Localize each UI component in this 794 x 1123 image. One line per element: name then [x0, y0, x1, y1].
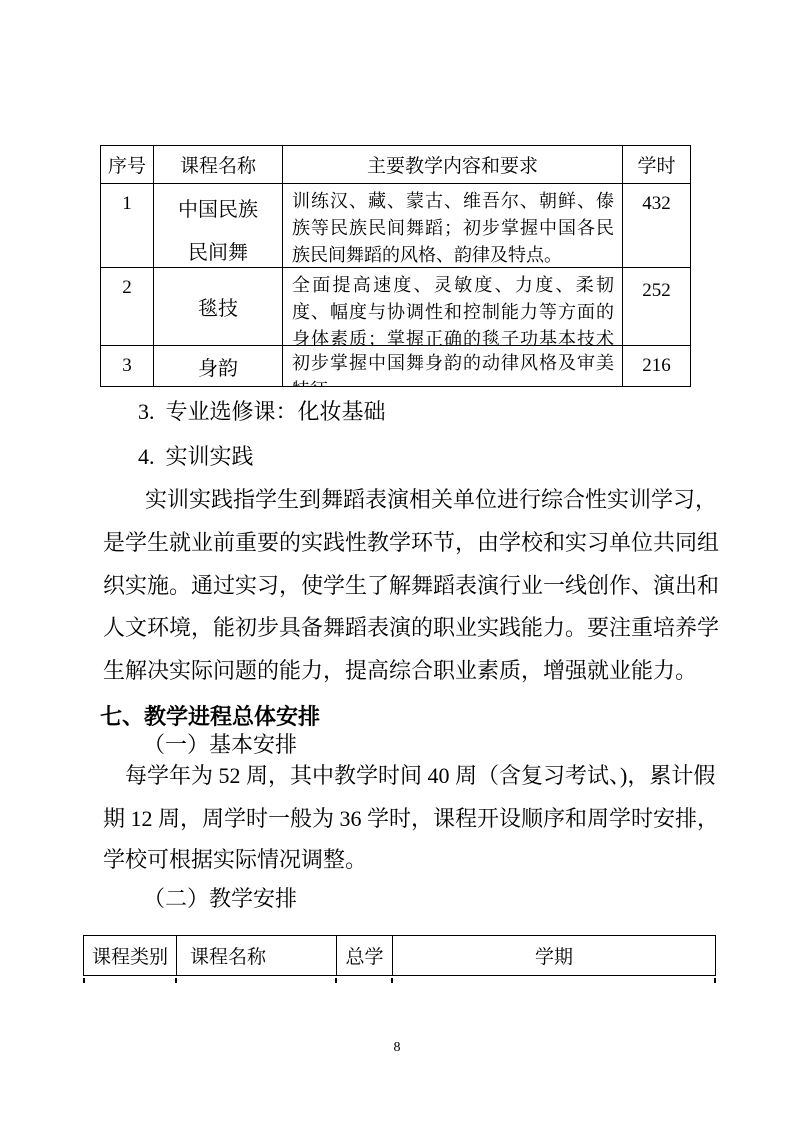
course-table-header-name: 课程名称: [154, 146, 283, 184]
table-continuation-stub: [175, 978, 177, 983]
paragraph2-line3: 学校可根据实际情况调整。: [103, 848, 367, 872]
list-item-elective-course: 3. 专业选修课：化妆基础: [138, 400, 386, 424]
paragraph1-line5: 生解决实际问题的能力，提高综合职业素质，增强就业能力。: [103, 659, 697, 683]
course-table-header-hours: 学时: [623, 146, 691, 184]
course-name-line1: 中国民族: [178, 199, 258, 221]
paragraph1-line2: 是学生就业前重要的实践性教学环节，由学校和实习单位共同组: [103, 531, 719, 555]
table-continuation-stub: [335, 978, 337, 983]
page-number: 8: [0, 1040, 794, 1056]
subheading-teaching-arrangement: （二）教学安排: [143, 887, 297, 911]
table-cell-content: 全面提高速度、灵敏度、力度、柔韧度、幅度与协调性和控制能力等方面的身体素质；掌握…: [283, 268, 623, 346]
table-cell-no: 2: [101, 268, 154, 346]
course-table-header-content: 主要教学内容和要求: [283, 146, 623, 184]
paragraph1-line1: 实训实践指学生到舞蹈表演相关单位进行综合性实训学习，: [145, 488, 717, 512]
paragraph1-line3: 织实施。通过实习，使学生了解舞蹈表演行业一线创作、演出和: [103, 574, 719, 598]
course-name-line2: 民间舞: [188, 242, 248, 264]
schedule-header-total: 总学: [337, 936, 393, 976]
schedule-header-category: 课程类别: [84, 936, 177, 976]
paragraph1-line4: 人文环境，能初步具备舞蹈表演的职业实践能力。要注重培养学: [103, 616, 719, 640]
table-continuation-stub: [83, 978, 85, 983]
table-continuation-stub: [391, 978, 393, 983]
table-continuation-stub: [714, 978, 716, 983]
table-cell-hours: 432: [623, 184, 691, 268]
table-cell-content: 训练汉、藏、蒙古、维吾尔、朝鲜、傣族等民族民间舞蹈；初步掌握中国各民族民间舞蹈的…: [283, 184, 623, 268]
table-cell-no: 1: [101, 184, 154, 268]
subheading-basic-arrangement: （一）基本安排: [143, 733, 297, 757]
table-cell-course-name: 毯技: [154, 268, 283, 346]
schedule-table: 课程类别 课程名称 总学 学期: [83, 935, 716, 976]
list-item-practical-training: 4. 实训实践: [138, 445, 254, 469]
table-cell-content: 初步掌握中国舞身韵的动律风格及审美特征。: [283, 346, 623, 387]
table-cell-course-name: 中国民族 民间舞: [154, 184, 283, 268]
course-table-header-no: 序号: [101, 146, 154, 184]
schedule-header-name: 课程名称: [177, 936, 337, 976]
paragraph2-line1: 每学年为 52 周，其中教学时间 40 周（含复习考试、)，累计假: [125, 764, 715, 788]
table-cell-no: 3: [101, 346, 154, 387]
table-cell-course-name: 身韵: [154, 346, 283, 387]
paragraph2-line2: 期 12 周，周学时一般为 36 学时，课程开设顺序和周学时安排，: [103, 807, 719, 831]
document-page: 序号 课程名称 主要教学内容和要求 学时 1 中国民族 民间舞 训练汉、藏、蒙古…: [0, 0, 794, 1123]
table-cell-hours: 216: [623, 346, 691, 387]
course-table: 序号 课程名称 主要教学内容和要求 学时 1 中国民族 民间舞 训练汉、藏、蒙古…: [100, 145, 691, 387]
section-heading-teaching-schedule: 七、教学进程总体安排: [100, 700, 320, 731]
table-cell-hours: 252: [623, 268, 691, 346]
schedule-header-semester: 学期: [393, 936, 716, 976]
